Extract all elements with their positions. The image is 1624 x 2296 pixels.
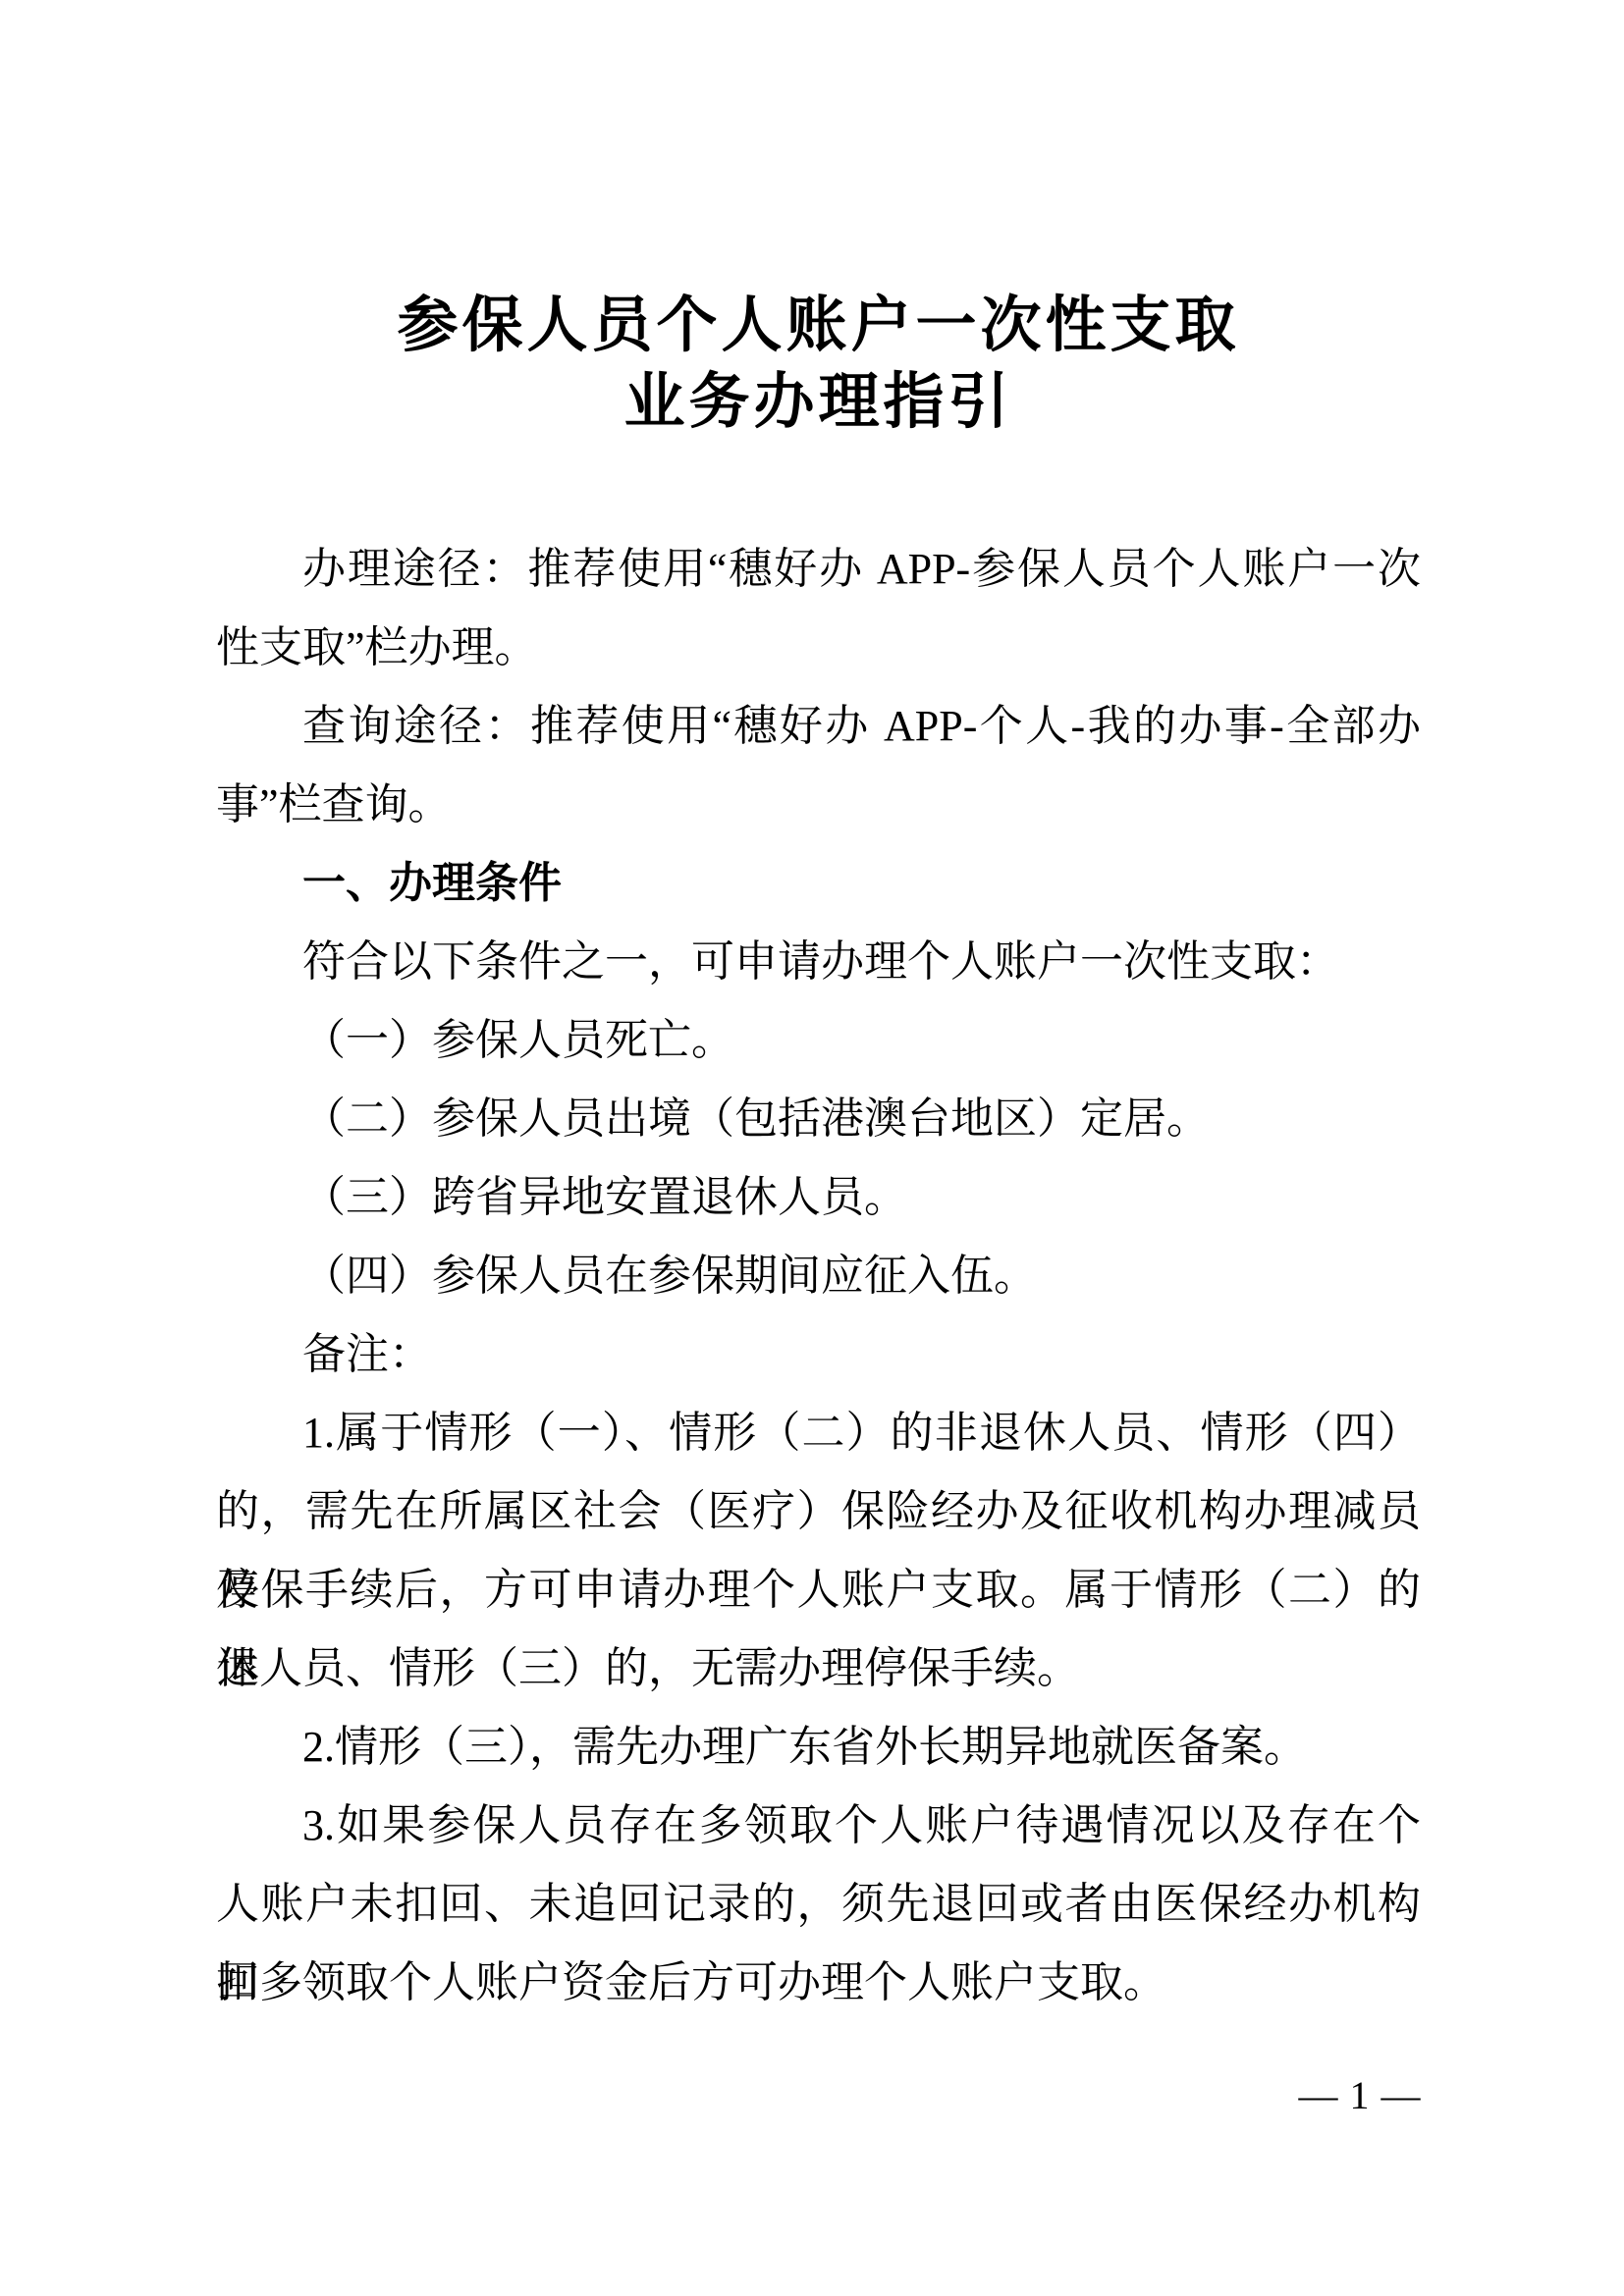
body-line: 符合以下条件之一，可申请办理个人账户一次性支取： [216,923,1421,1001]
body-line: 的，需先在所属区社会（医疗）保险经办及征收机构办理减员及 [216,1472,1421,1551]
body-line: 2.情形（三），需先办理广东省外长期异地就医备案。 [216,1708,1421,1787]
document-body: 办理途径：推荐使用“穗好办 APP-参保人员个人账户一次 性支取”栏办理。 查询… [216,530,1421,2022]
document-title: 参保人员个人账户一次性支取 业务办理指引 [216,288,1421,441]
document-page: 参保人员个人账户一次性支取 业务办理指引 办理途径：推荐使用“穗好办 APP-参… [0,0,1624,2296]
title-line-2: 业务办理指引 [216,364,1421,441]
body-line: （一）参保人员死亡。 [216,1001,1421,1080]
body-line: （三）跨省异地安置退休人员。 [216,1158,1421,1237]
title-line-1: 参保人员个人账户一次性支取 [216,288,1421,364]
body-line: 1.属于情形（一）、情形（二）的非退休人员、情形（四） [216,1394,1421,1472]
body-line: 休人员、情形（三）的，无需办理停保手续。 [216,1629,1421,1708]
body-line: 办理途径：推荐使用“穗好办 APP-参保人员个人账户一次 [216,530,1421,609]
body-line: 备注： [216,1315,1421,1394]
body-line: 性支取”栏办理。 [216,609,1421,687]
section-heading: 一、办理条件 [216,844,1421,923]
body-line: 人账户未扣回、未追回记录的，须先退回或者由医保经办机构扣 [216,1865,1421,1944]
body-line: （二）参保人员出境（包括港澳台地区）定居。 [216,1080,1421,1158]
body-line: 查询途径：推荐使用“穗好办 APP-个人-我的办事-全部办 [216,687,1421,766]
body-line: 事”栏查询。 [216,766,1421,844]
body-line: 回多领取个人账户资金后方可办理个人账户支取。 [216,1944,1421,2022]
page-number: — 1 — [1281,2073,1438,2118]
body-line: 3.如果参保人员存在多领取个人账户待遇情况以及存在个 [216,1787,1421,1865]
body-line: 停保手续后，方可申请办理个人账户支取。属于情形（二）的退 [216,1551,1421,1629]
body-line: （四）参保人员在参保期间应征入伍。 [216,1237,1421,1315]
